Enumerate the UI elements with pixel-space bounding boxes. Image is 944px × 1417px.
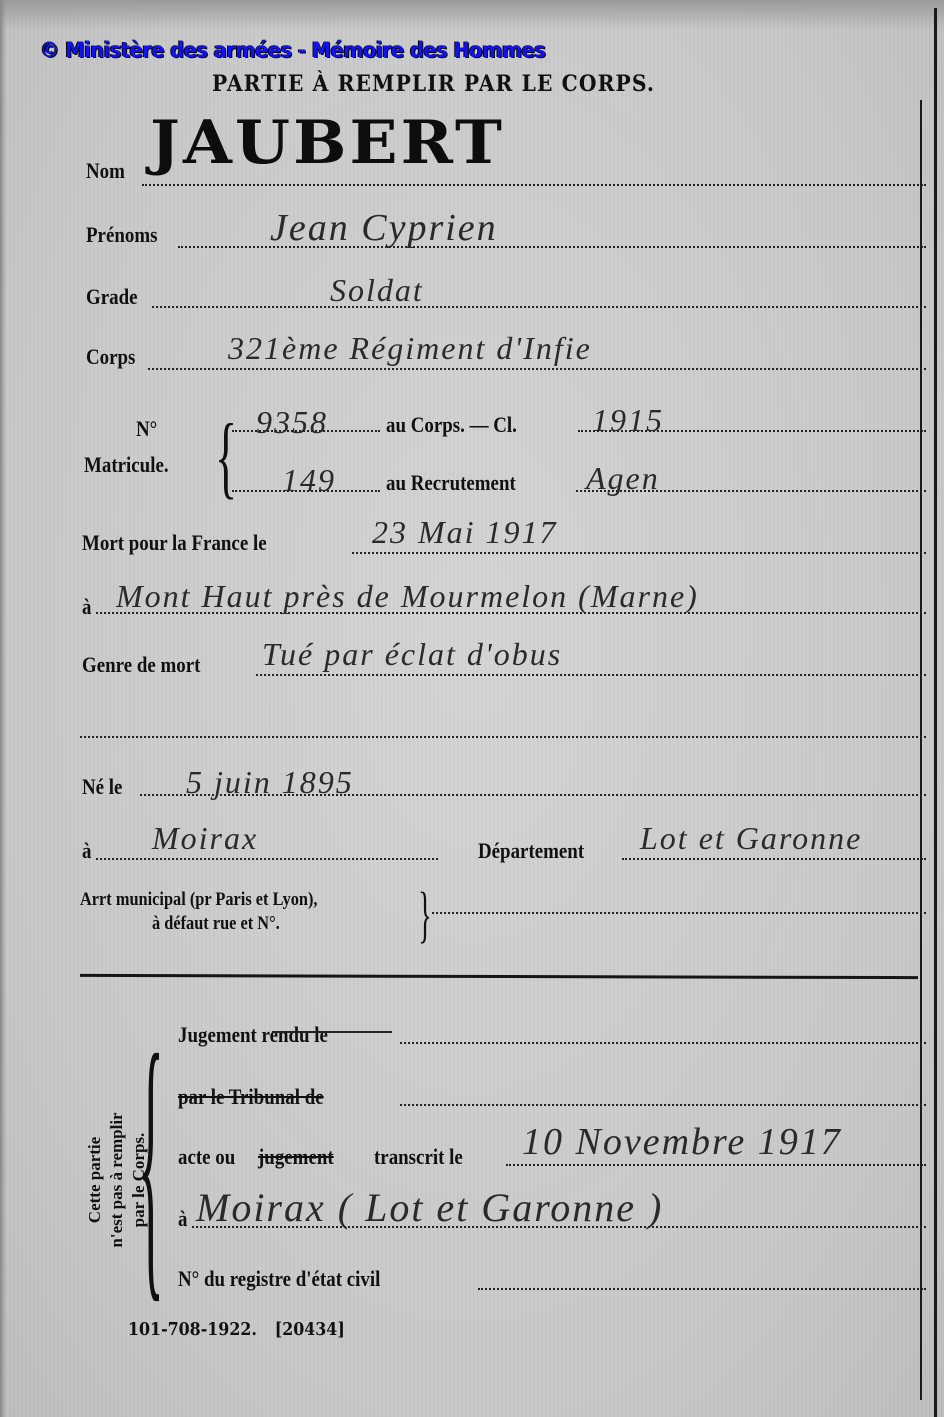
mort-lieu-value: Mont Haut près de Mourmelon (Marne) — [116, 578, 699, 615]
tribunal-label: par le Tribunal de — [178, 1084, 324, 1110]
form-section-title: PARTIE À REMPLIR PAR LE CORPS. — [212, 71, 655, 97]
mort-date-line — [352, 552, 926, 554]
ne-a-value: Moirax — [152, 820, 258, 857]
civil-section-brace: { — [138, 1010, 164, 1310]
matricule-label-no: N° — [136, 416, 157, 442]
section-divider — [80, 974, 918, 979]
nom-value: JAUBERT — [150, 108, 505, 178]
transcrit-label-part2: transcrit le — [374, 1144, 463, 1170]
side-note-line2: n'est pas à remplir — [106, 1112, 128, 1247]
registre-label: N° du registre d'état civil — [178, 1266, 380, 1292]
nom-label: Nom — [86, 158, 125, 184]
ne-le-label: Né le — [82, 774, 122, 800]
genre-mort-line — [256, 674, 926, 676]
ne-le-value: 5 juin 1895 — [186, 764, 354, 801]
arrondissement-label-line2: à défaut rue et N°. — [152, 913, 280, 935]
corps-number-value: 9358 — [256, 404, 328, 441]
right-margin-rule-outer — [934, 8, 937, 1417]
matricule-label: Matricule. — [84, 452, 169, 478]
ne-a-label: à — [82, 838, 91, 864]
paper-edge-top — [0, 0, 944, 30]
tribunal-value-line — [400, 1104, 926, 1106]
classe-value: 1915 — [592, 402, 664, 439]
grade-value: Soldat — [330, 272, 424, 309]
civil-lieu-label: à — [178, 1206, 187, 1232]
departement-line — [622, 858, 926, 860]
paper-edge-left — [0, 0, 6, 1417]
recrutement-place-value: Agen — [586, 460, 660, 497]
grade-label: Grade — [86, 284, 138, 310]
corps-value: 321ème Régiment d'Infie — [228, 330, 592, 367]
mort-lieu-label: à — [82, 594, 91, 620]
transcrit-label-part1: acte ou — [178, 1144, 235, 1170]
grade-line — [152, 306, 926, 308]
recrutement-label: au Recrutement — [386, 470, 516, 496]
corps-label: Corps — [86, 344, 135, 370]
side-note-line1: Cette partie — [84, 1112, 106, 1247]
corps-number-label: au Corps. — Cl. — [386, 412, 517, 438]
corps-line — [148, 368, 926, 370]
mort-date-label: Mort pour la France le — [82, 530, 267, 556]
genre-mort-label: Genre de mort — [82, 652, 200, 678]
transcrit-line — [506, 1164, 926, 1166]
form-number: [20434] — [275, 1319, 345, 1340]
nom-line — [142, 184, 926, 186]
jugement-label: Jugement rendu le — [178, 1022, 328, 1048]
prenoms-label: Prénoms — [86, 222, 157, 248]
mort-date-value: 23 Mai 1917 — [372, 514, 558, 551]
prenoms-value: Jean Cyprien — [270, 206, 498, 250]
civil-lieu-value: Moirax ( Lot et Garonne ) — [196, 1184, 663, 1231]
registre-line — [478, 1288, 926, 1290]
transcrit-value: 10 Novembre 1917 — [522, 1120, 842, 1164]
right-margin-rule-inner — [920, 100, 922, 1400]
transcrit-label-struck: jugement — [258, 1144, 334, 1170]
jugement-line — [272, 1031, 392, 1033]
jugement-value-line — [400, 1042, 926, 1044]
copyright-watermark: © Ministère des armées - Mémoire des Hom… — [40, 38, 545, 62]
departement-label: Département — [478, 838, 584, 864]
arrondissement-line — [432, 912, 926, 914]
recrutement-number-value: 149 — [282, 462, 336, 499]
matricule-brace: { — [215, 410, 237, 502]
arrondissement-label-line1: Arrt municipal (pr Paris et Lyon), — [80, 889, 318, 911]
genre-mort-value: Tué par éclat d'obus — [262, 636, 562, 673]
extra-line — [80, 736, 926, 738]
print-code: 101-708-1922. — [128, 1319, 257, 1340]
form-print-code: 101-708-1922. [20434] — [128, 1319, 357, 1340]
arrondissement-brace: { — [418, 884, 431, 946]
ne-a-line — [96, 858, 438, 860]
departement-value: Lot et Garonne — [640, 820, 862, 857]
